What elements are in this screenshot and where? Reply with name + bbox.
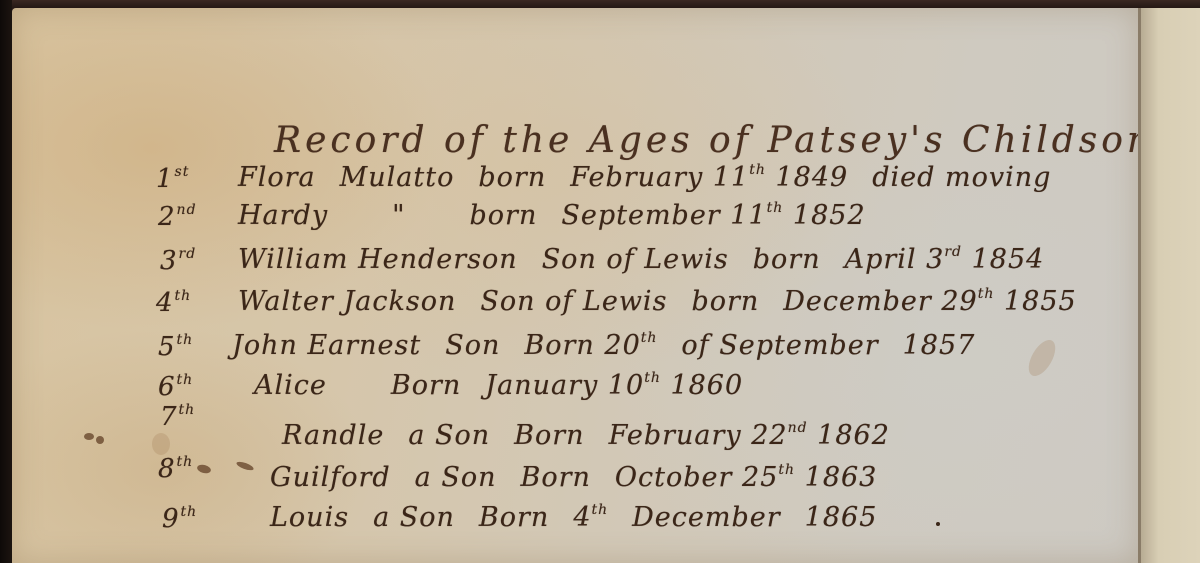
child-descriptor: Son of Lewis [542,244,729,275]
born-label: born [470,200,538,231]
child-name: John Earnest [232,330,421,361]
child-descriptor: Son of Lewis [480,286,667,317]
child-descriptor: Mulatto [340,162,455,193]
entry-ordinal: 3rd [160,246,250,276]
birth-date: October 25 [615,462,778,493]
book-left-edge [0,0,12,563]
entry-row-1: 1st FloraMulattobornFebruary 11th 1849di… [150,162,1150,202]
ink-stain [96,436,104,444]
child-name: William Henderson [238,244,518,275]
entry-row-3: 3rd William HendersonSon of LewisbornApr… [150,244,1150,284]
stray-ink-dot [936,522,940,526]
entry-ordinal: 9th [162,504,252,534]
entry-text: Walter JacksonSon of LewisbornDecember 2… [238,286,1077,317]
entry-row-4: 4th Walter JacksonSon of LewisbornDecemb… [150,286,1150,326]
born-label: born [691,286,759,317]
child-name: Guilford [270,462,391,493]
entry-ordinal: 8th [158,454,248,484]
born-label: born [478,162,546,193]
birth-date: January 10 [485,370,644,401]
child-name: Hardy [238,200,328,231]
page-title: Record of the Ages of Patsey's Childson [274,120,1154,161]
entry-text: FloraMulattobornFebruary 11th 1849died m… [238,162,1051,193]
entry-note: died moving [872,162,1051,193]
entry-ordinal: 2nd [158,202,248,232]
birth-day: 20 [604,330,640,361]
born-label: Born [514,420,584,451]
entry-text: William HendersonSon of LewisbornApril 3… [238,244,1044,275]
entry-text: Guilforda SonBornOctober 25th 1863 [270,462,877,493]
entry-text: John EarnestSonBorn 20thof September1857 [232,330,975,361]
birth-year: 1855 [1004,286,1077,317]
born-label: Born [479,502,549,533]
child-name: Flora [238,162,316,193]
birth-year: 1854 [972,244,1045,275]
born-label: Born [521,462,591,493]
entry-row-9: 9th Louisa SonBorn4thDecember1865 [150,502,1150,542]
entry-row-5: 5th John EarnestSonBorn 20thof September… [150,330,1150,370]
birth-year: 1863 [805,462,878,493]
birth-date: September 11 [561,200,766,231]
child-descriptor: a Son [408,420,490,451]
birth-month: December [632,502,781,533]
entry-ordinal: 1st [156,164,246,194]
entry-row-2: 2nd Hardy"bornSeptember 11th 1852 [150,200,1150,240]
birth-day: 4 [573,502,591,533]
child-descriptor: Son [445,330,500,361]
ink-stain [84,433,94,440]
entry-text: AliceBornJanuary 10th 1860 [254,370,743,401]
birth-year: 1862 [817,420,890,451]
book-top-edge [0,0,1200,8]
birth-year: 1865 [805,502,878,533]
birth-date: April 3 [845,244,945,275]
child-name: Walter Jackson [238,286,456,317]
entry-row-8: 8th Guilforda SonBornOctober 25th 1863 [150,462,1150,502]
birth-date: February 11 [570,162,749,193]
birth-date: December 29 [783,286,977,317]
entry-text: Randlea SonBornFebruary 22nd 1862 [282,420,890,451]
child-descriptor: " [392,200,405,231]
birth-year: 1849 [775,162,848,193]
birth-month: of September [681,330,878,361]
born-label: Born [391,370,461,401]
birth-date: February 22 [609,420,788,451]
birth-year: 1860 [670,370,743,401]
entry-text: Louisa SonBorn4thDecember1865 [270,502,877,533]
scanned-ledger-page: Record of the Ages of Patsey's Childson … [0,0,1200,563]
child-descriptor: a Son [415,462,497,493]
birth-year: 1852 [793,200,866,231]
born-label: born [753,244,821,275]
adjacent-page-edge [1141,8,1200,563]
child-descriptor: a Son [373,502,455,533]
entry-row-7: 7th Randlea SonBornFebruary 22nd 1862 [150,420,1150,460]
entry-ordinal: 4th [156,288,246,318]
entry-row-6: 6th AliceBornJanuary 10th 1860 [150,370,1150,410]
born-label: Born [524,330,594,361]
entry-ordinal: 6th [158,372,248,402]
entry-text: Hardy"bornSeptember 11th 1852 [238,200,866,231]
birth-year: 1857 [903,330,976,361]
child-name: Randle [282,420,384,451]
child-name: Louis [270,502,349,533]
child-name: Alice [254,370,327,401]
entry-ordinal: 7th [160,402,250,432]
